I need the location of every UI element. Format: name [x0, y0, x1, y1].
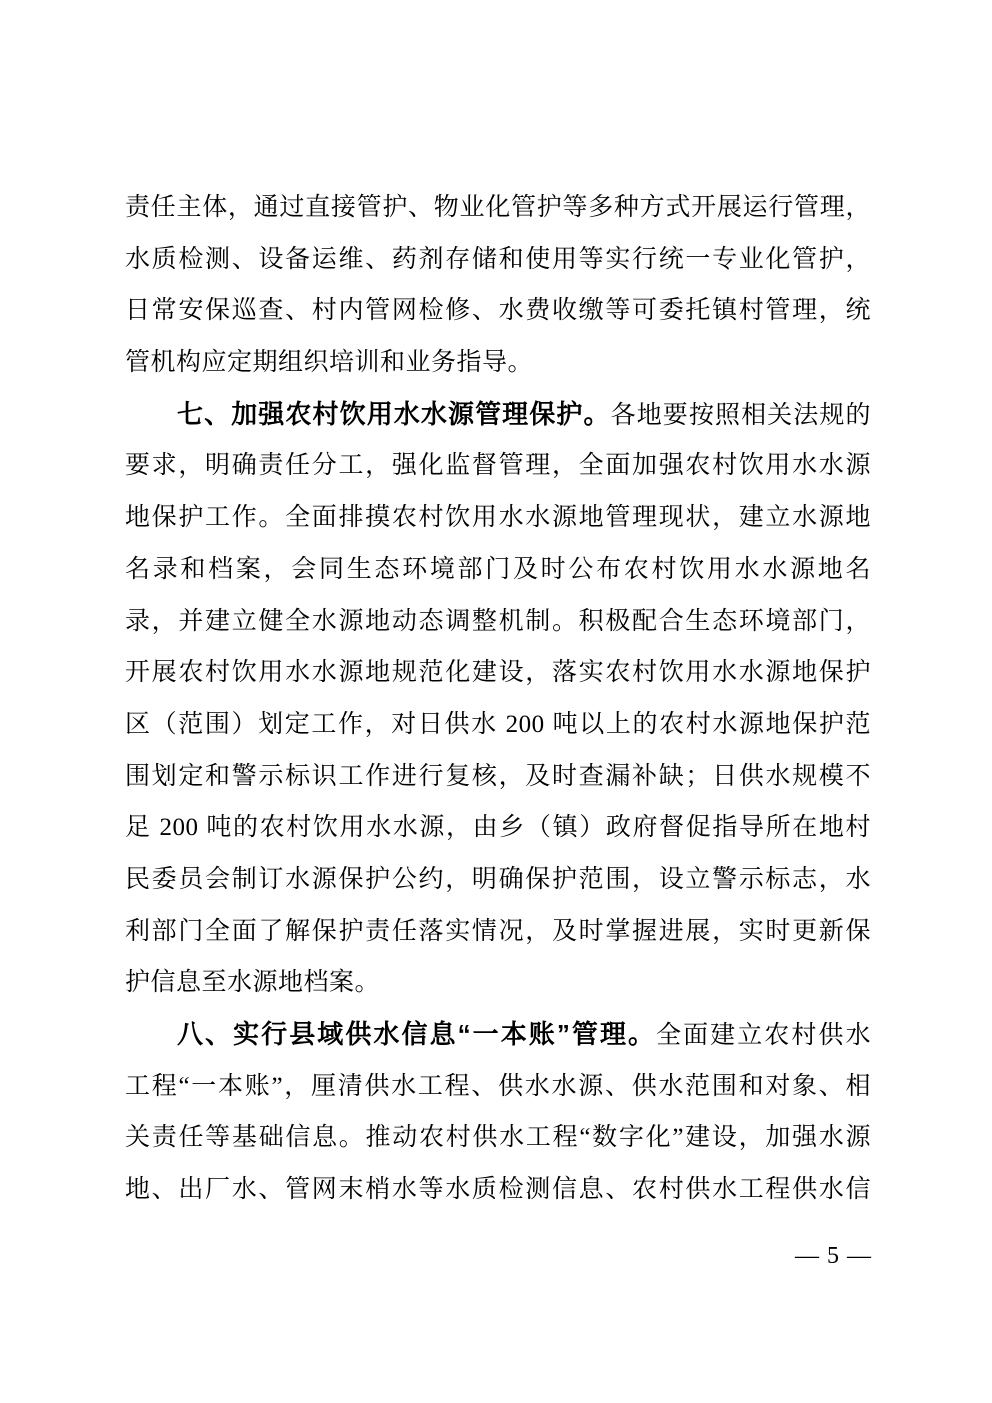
text-line: 名录和档案，会同生态环境部门及时公布农村饮用水水源地名 [125, 544, 871, 596]
text-line: 地保护工作。全面排摸农村饮用水水源地管理现状，建立水源地 [125, 492, 871, 544]
text-line: 关责任等基础信息。推动农村供水工程“数字化”建设，加强水源 [125, 1112, 871, 1164]
text-line: 利部门全面了解保护责任落实情况，及时掌握进展，实时更新保 [125, 906, 871, 958]
text-line-paragraph-end: 护信息至水源地档案。 [125, 957, 871, 1009]
text-line: 责任主体，通过直接管护、物业化管护等多种方式开展运行管理， [125, 182, 871, 234]
text-line: 录，并建立健全水源地动态调整机制。积极配合生态环境部门， [125, 596, 871, 648]
text-line: 区（范围）划定工作，对日供水 200 吨以上的农村水源地保护范 [125, 699, 871, 751]
text-line-paragraph-end: 管机构应定期组织培训和业务指导。 [125, 337, 871, 389]
document-body: 责任主体，通过直接管护、物业化管护等多种方式开展运行管理， 水质检测、设备运维、… [125, 182, 871, 1216]
document-page: 责任主体，通过直接管护、物业化管护等多种方式开展运行管理， 水质检测、设备运维、… [0, 0, 992, 1403]
page-number: — 5 — [795, 1243, 872, 1270]
section-8-body-start: 全面建立农村供水 [656, 1022, 871, 1049]
text-line: 开展农村饮用水水源地规范化建设，落实农村饮用水水源地保护 [125, 647, 871, 699]
text-line: 水质检测、设备运维、药剂存储和使用等实行统一专业化管护， [125, 234, 871, 286]
text-line: 要求，明确责任分工，强化监督管理，全面加强农村饮用水水源 [125, 440, 871, 492]
text-line: 足 200 吨的农村饮用水水源，由乡（镇）政府督促指导所在地村 [125, 802, 871, 854]
text-line: 工程“一本账”，厘清供水工程、供水水源、供水范围和对象、相 [125, 1061, 871, 1113]
text-line: 围划定和警示标识工作进行复核，及时查漏补缺；日供水规模不 [125, 751, 871, 803]
section-8-heading: 八、实行县域供水信息“一本账”管理。 [177, 1019, 656, 1049]
section-7-body-start: 各地要按照相关法规的 [611, 402, 871, 429]
text-line: 地、出厂水、管网末梢水等水质检测信息、农村供水工程供水信 [125, 1164, 871, 1216]
section-heading-7-line: 七、加强农村饮用水水源管理保护。各地要按照相关法规的 [125, 389, 871, 441]
text-line: 日常安保巡查、村内管网检修、水费收缴等可委托镇村管理，统 [125, 285, 871, 337]
text-line: 民委员会制订水源保护公约，明确保护范围，设立警示标志，水 [125, 854, 871, 906]
section-7-heading: 七、加强农村饮用水水源管理保护。 [177, 399, 611, 429]
section-heading-8-line: 八、实行县域供水信息“一本账”管理。全面建立农村供水 [125, 1009, 871, 1061]
